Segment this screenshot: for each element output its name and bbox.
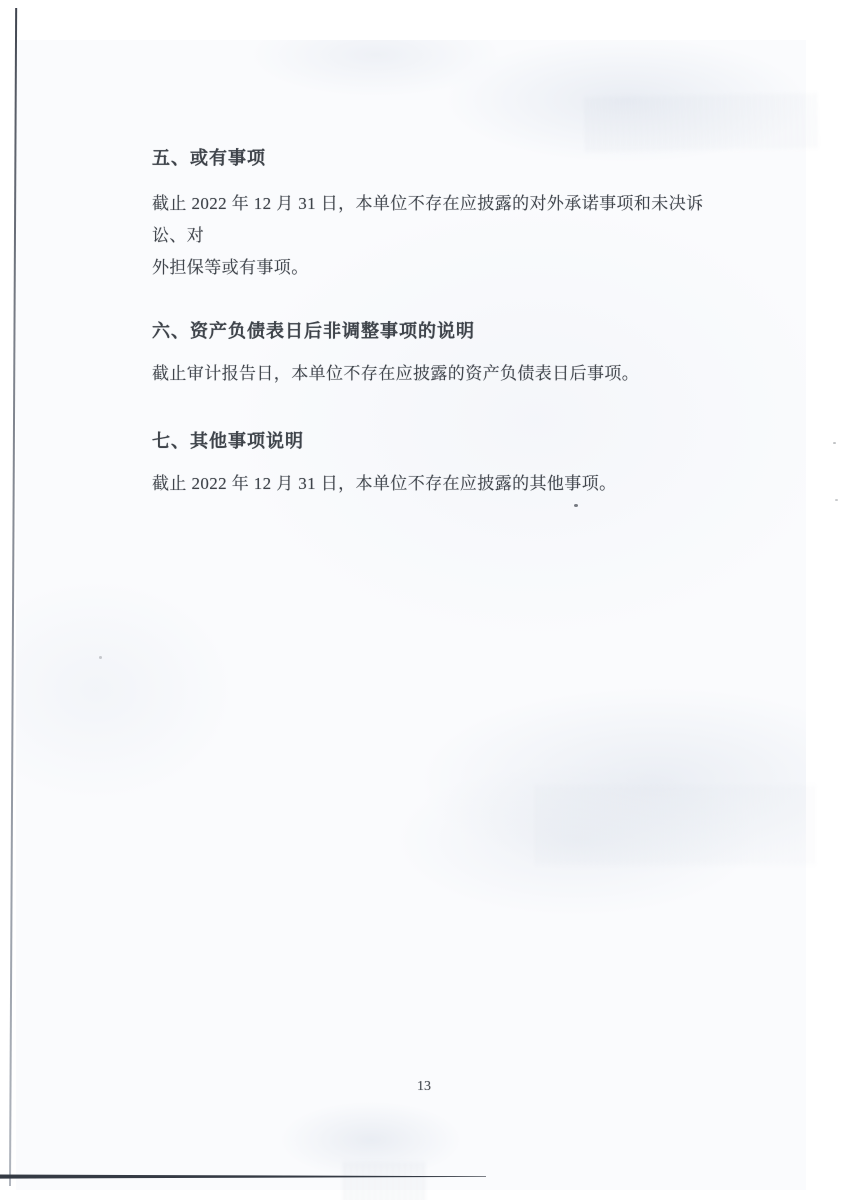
- paragraph-line: 截止审计报告日，本单位不存在应披露的资产负债表日后事项。: [152, 358, 727, 390]
- bleed-through-artifact: [586, 93, 817, 152]
- dust-speck: [835, 499, 838, 501]
- section-other-matters: 七、其他事项说明 截止 2022 年 12 月 31 日，本单位不存在应披露的其…: [152, 431, 727, 500]
- bleed-through-artifact: [344, 1162, 424, 1200]
- section-contingent-matters: 五、或有事项 截止 2022 年 12 月 31 日，本单位不存在应披露的对外承…: [152, 148, 727, 284]
- document-body: 五、或有事项 截止 2022 年 12 月 31 日，本单位不存在应披露的对外承…: [152, 148, 727, 500]
- bleed-through-artifact: [536, 785, 816, 865]
- dust-speck: [574, 504, 578, 507]
- section-heading: 七、其他事项说明: [152, 431, 727, 451]
- section-heading: 五、或有事项: [152, 148, 727, 168]
- dust-speck: [833, 442, 836, 444]
- section-paragraph: 截止审计报告日，本单位不存在应披露的资产负债表日后事项。: [152, 358, 727, 390]
- section-post-balance-sheet-events: 六、资产负债表日后非调整事项的说明 截止审计报告日，本单位不存在应披露的资产负债…: [152, 321, 727, 390]
- section-paragraph: 截止 2022 年 12 月 31 日，本单位不存在应披露的对外承诺事项和未决诉…: [152, 188, 727, 284]
- paragraph-line: 截止 2022 年 12 月 31 日，本单位不存在应披露的其他事项。: [152, 468, 727, 500]
- paragraph-line: 截止 2022 年 12 月 31 日，本单位不存在应披露的对外承诺事项和未决诉…: [152, 188, 727, 252]
- paragraph-line: 外担保等或有事项。: [152, 252, 727, 284]
- section-heading: 六、资产负债表日后非调整事项的说明: [152, 321, 727, 341]
- scanned-document: 五、或有事项 截止 2022 年 12 月 31 日，本单位不存在应披露的对外承…: [0, 0, 848, 1200]
- page-number: 13: [0, 1079, 848, 1095]
- dust-speck: [99, 656, 102, 659]
- section-paragraph: 截止 2022 年 12 月 31 日，本单位不存在应披露的其他事项。: [152, 468, 727, 500]
